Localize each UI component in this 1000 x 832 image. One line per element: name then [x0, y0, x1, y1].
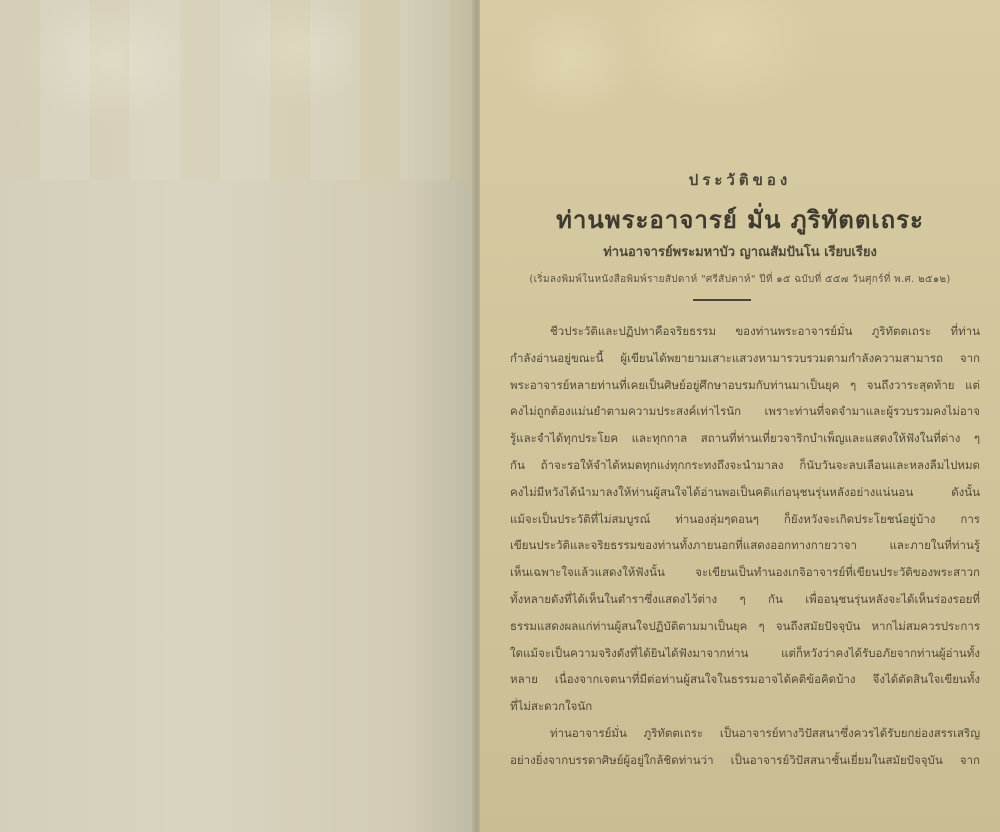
body-line: คงไม่ถูกต้องแม่นยำตามความประสงค์เท่าไรนั…	[510, 398, 980, 425]
title-divider	[693, 299, 751, 301]
body-text: ชีวประวัติและปฏิปทาคือจริยธรรม ของท่านพร…	[510, 318, 980, 774]
source-note: (เริ่มลงพิมพ์ในหนังสือพิมพ์รายสัปดาห์ "ศ…	[480, 272, 1000, 287]
body-line: ชีวประวัติและปฏิปทาคือจริยธรรม ของท่านพร…	[510, 318, 980, 345]
author-line: ท่านอาจารย์พระมหาบัว ญาณสัมปันโน เรียบเร…	[480, 241, 1000, 262]
body-line: กำลังอ่านอยู่ขณะนี้ ผู้เขียนได้พยายามเสา…	[510, 345, 980, 372]
body-line: ท่านอาจารย์มั่น ภูริทัตตเถระ เป็นอาจารย์…	[510, 720, 980, 747]
heading-biography-of: ประวัติของ	[480, 168, 1000, 192]
body-line: เขียนประวัติและจริยธรรมของท่านทั้งภายนอก…	[510, 532, 980, 559]
body-line: อย่างยิ่งจากบรรดาศิษย์ผู้อยู่ใกล้ชิดท่าน…	[510, 747, 980, 774]
body-line: แม้จะเป็นประวัติที่ไม่สมบูรณ์ ท่านองลุ่ม…	[510, 506, 980, 533]
left-page-blank	[0, 0, 476, 832]
body-line: กัน ถ้าจะรอให้จำได้หมดทุกแง่ทุกกระทงถึงจ…	[510, 452, 980, 479]
body-line: รู้และจำได้ทุกประโยค และทุกกาล สถานที่ท่…	[510, 425, 980, 452]
body-line: เห็นเฉพาะใจแล้วแสดงให้ฟังนั้น จะเขียนเป็…	[510, 559, 980, 586]
body-line: พระอาจารย์หลายท่านที่เคยเป็นศิษย์อยู่ศึก…	[510, 372, 980, 399]
page-title: ท่านพระอาจารย์ มั่น ภูริทัตตเถระ	[480, 200, 1000, 239]
body-line: หลาย เนื่องจากเจตนาที่มีต่อท่านผู้สนใจใน…	[510, 666, 980, 693]
body-line: ที่ไม่สะดวกใจนัก	[510, 693, 980, 720]
body-line: คงไม่มีหวังได้นำมาลงให้ท่านผู้สนใจได้อ่า…	[510, 479, 980, 506]
body-line: ทั้งหลายดังที่ได้เห็นในตำราซึ่งแสดงไว้ต่…	[510, 586, 980, 613]
body-line: ใดแม้จะเป็นความจริงดังที่ได้ยินได้ฟังมาจ…	[510, 640, 980, 667]
right-page: ประวัติของ ท่านพระอาจารย์ มั่น ภูริทัตตเ…	[480, 0, 1000, 832]
body-line: ธรรมแสดงผลแก่ท่านผู้สนใจปฏิบัติตามมาเป็น…	[510, 613, 980, 640]
